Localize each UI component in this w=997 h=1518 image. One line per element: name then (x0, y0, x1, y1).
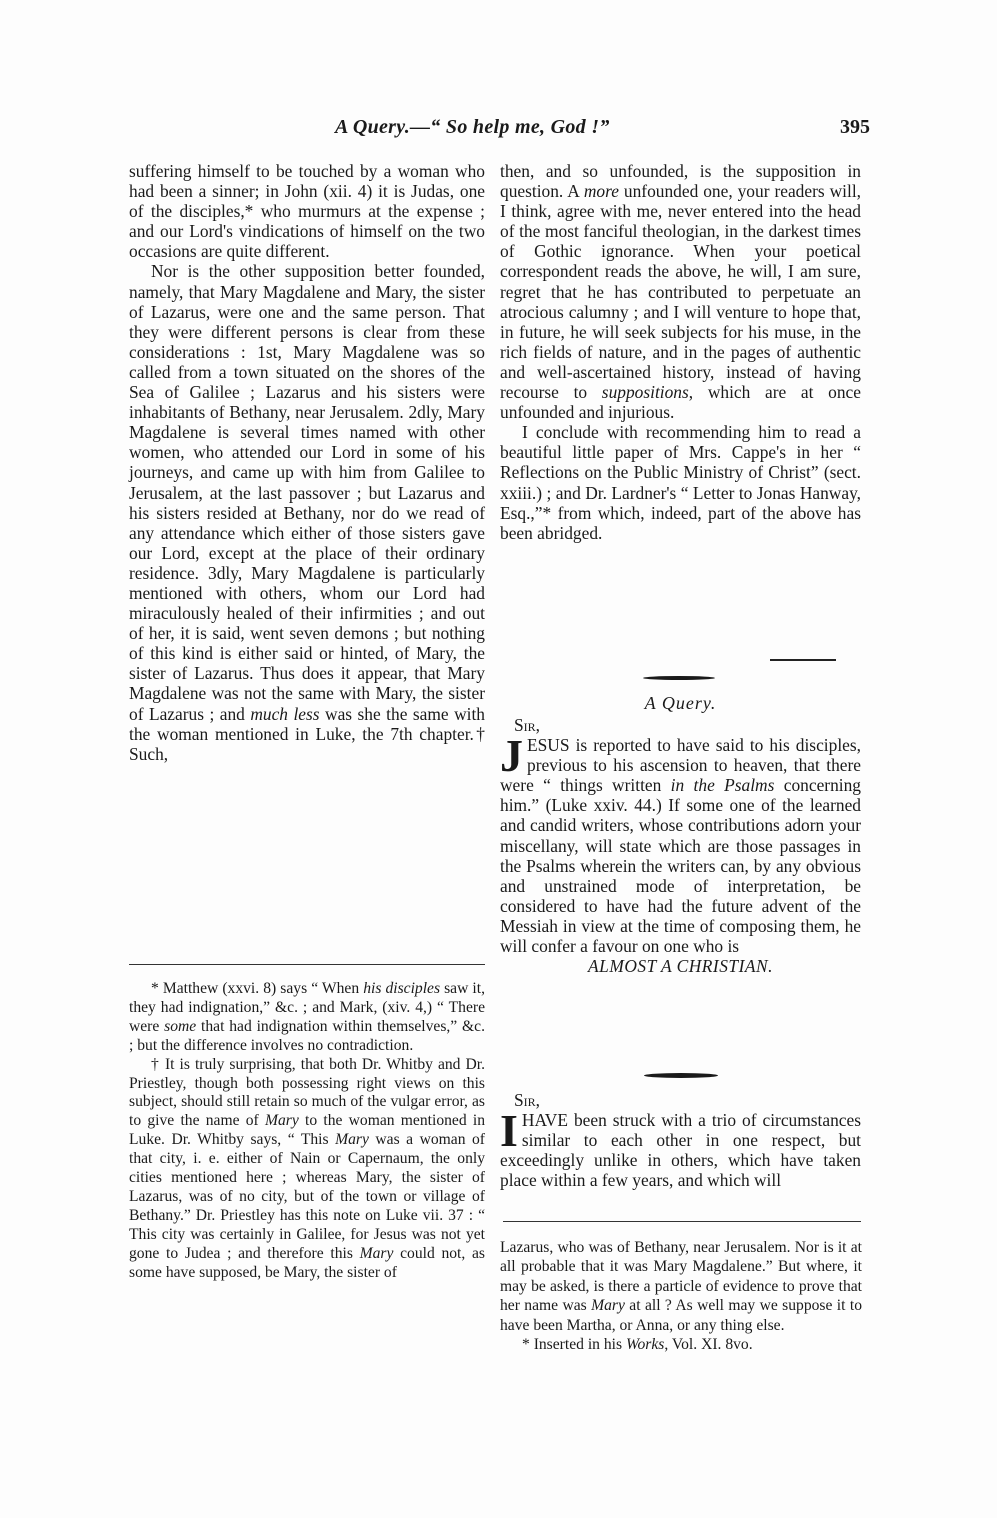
emphasis: some (164, 1018, 196, 1035)
drop-cap: J (500, 737, 523, 775)
section-ornament (643, 676, 715, 680)
running-head-title: A Query.—“ So help me, God !” (335, 116, 610, 139)
emphasis: Works (626, 1336, 664, 1353)
footnote-asterisk: * Inserted in his Works, Vol. XI. 8vo. (500, 1335, 862, 1354)
text-run: was a woman of that city, i. e. either o… (129, 1131, 485, 1261)
salutation: Sir, (500, 1090, 861, 1110)
paragraph: I conclude with recommending him to read… (500, 422, 861, 543)
footnote-asterisk: * Matthew (xxvi. 8) says “ When his disc… (129, 980, 485, 1056)
emphasis: in the Psalms (671, 775, 775, 795)
paragraph: then, and so unfounded, is the suppositi… (500, 161, 861, 422)
signature: ALMOST A CHRISTIAN. (500, 956, 861, 976)
salutation: Sir, (500, 715, 861, 735)
emphasis: Mary (591, 1297, 625, 1314)
right-footnotes: Lazarus, who was of Bethany, near Jerusa… (500, 1238, 862, 1354)
paragraph: suffering himself to be touched by a wom… (129, 161, 485, 261)
page-number: 395 (840, 116, 870, 139)
text-run: unfounded one, your readers will, I thin… (500, 181, 861, 402)
text-run: concerning him.” (Luke xxiv. 44.) If som… (500, 775, 861, 956)
emphasis: much less (250, 704, 319, 724)
emphasis: Mary (360, 1245, 394, 1262)
left-footnotes: * Matthew (xxvi. 8) says “ When his disc… (129, 980, 485, 1283)
letter-body: IHAVE been struck with a trio of circums… (500, 1110, 861, 1190)
text-run: Nor is the other supposition better foun… (129, 261, 485, 723)
emphasis: Mary (265, 1112, 299, 1129)
text-run: * Matthew (xxvi. 8) says “ When (151, 980, 363, 997)
left-column: suffering himself to be touched by a wom… (129, 161, 485, 764)
footnote-continuation: Lazarus, who was of Bethany, near Jerusa… (500, 1238, 862, 1335)
emphasis: his disciples (363, 980, 440, 997)
magazine-page: A Query.—“ So help me, God !” 395 suffer… (0, 0, 997, 1518)
emphasis: more (584, 181, 619, 201)
emphasis: suppositions (602, 382, 689, 402)
end-rule (770, 659, 836, 661)
section-title: A Query. (500, 693, 861, 714)
right-column: then, and so unfounded, is the suppositi… (500, 161, 861, 543)
footnote-divider (503, 1221, 861, 1222)
footnote-divider (129, 964, 485, 965)
text-run: * Inserted in his (522, 1336, 626, 1353)
footnote-dagger: † It is truly surprising, that both Dr. … (129, 1056, 485, 1283)
section-ornament (644, 1073, 718, 1078)
emphasis: Mary (335, 1131, 369, 1148)
paragraph: Nor is the other supposition better foun… (129, 261, 485, 763)
running-head: A Query.—“ So help me, God !” 395 (335, 116, 870, 142)
text-run: HAVE been struck with a trio of circumst… (500, 1110, 861, 1190)
query-letter: Sir, JESUS is reported to have said to h… (500, 715, 861, 976)
second-letter: Sir, IHAVE been struck with a trio of ci… (500, 1090, 861, 1190)
drop-cap: I (500, 1112, 518, 1150)
letter-body: JESUS is reported to have said to his di… (500, 735, 861, 956)
text-run: , Vol. XI. 8vo. (664, 1336, 752, 1353)
